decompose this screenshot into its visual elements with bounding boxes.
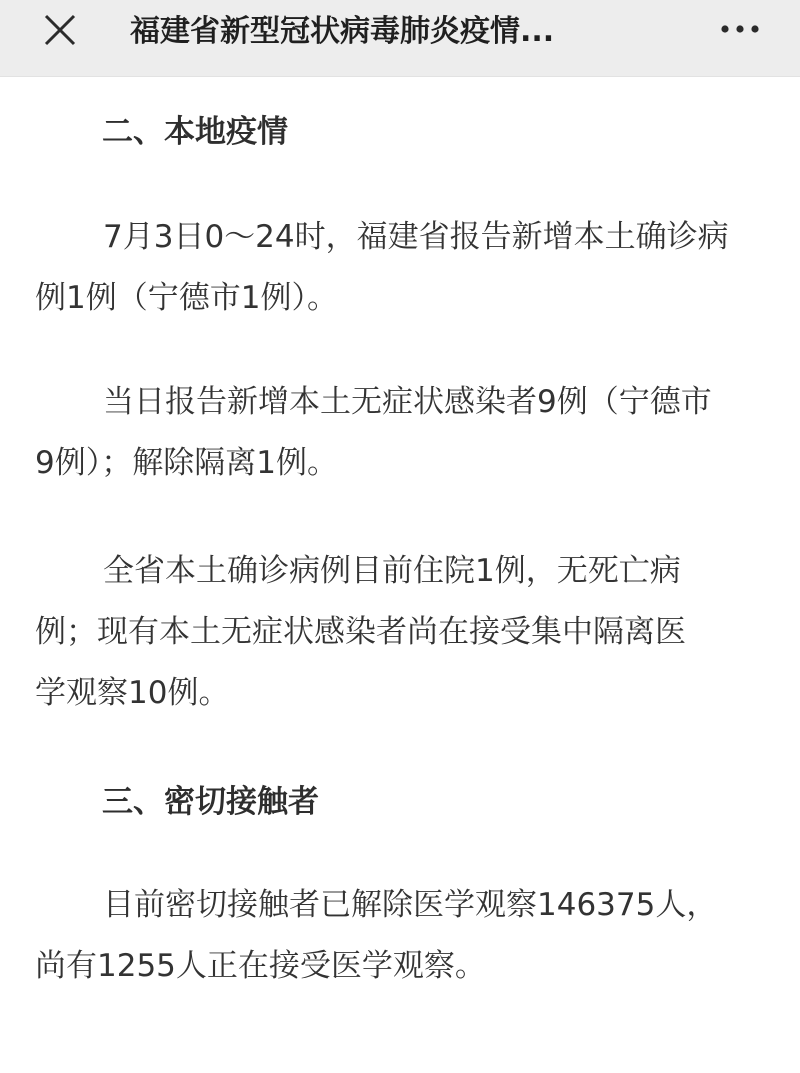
paragraph-close-contacts: 目前密切接触者已解除医学观察146375人， 尚有1255人正在接受医学观察。 <box>35 875 775 997</box>
paragraph-line: 学观察10例。 <box>35 663 775 724</box>
section-heading-close-contacts: 三、密切接触者 <box>102 782 319 822</box>
paragraph-line: 例；现有本土无症状感染者尚在接受集中隔离医 <box>35 602 775 663</box>
paragraph-hospitalized: 全省本土确诊病例目前住院1例，无死亡病 例；现有本土无症状感染者尚在接受集中隔离… <box>35 541 775 724</box>
paragraph-line: 7月3日0～24时，福建省报告新增本土确诊病 <box>35 207 775 268</box>
close-button[interactable] <box>38 10 82 54</box>
more-icon <box>712 14 768 44</box>
paragraph-line: 全省本土确诊病例目前住院1例，无死亡病 <box>35 541 775 602</box>
more-options-button[interactable] <box>712 14 768 44</box>
paragraph-line: 例1例（宁德市1例）。 <box>35 268 775 329</box>
paragraph-line: 目前密切接触者已解除医学观察146375人， <box>35 875 775 936</box>
top-navigation-bar: 福建省新型冠状病毒肺炎疫情... <box>0 0 800 77</box>
paragraph-new-confirmed: 7月3日0～24时，福建省报告新增本土确诊病 例1例（宁德市1例）。 <box>35 207 775 329</box>
paragraph-line: 9例）；解除隔离1例。 <box>35 433 775 494</box>
section-heading-local-epidemic: 二、本地疫情 <box>102 112 288 152</box>
close-icon <box>38 10 82 54</box>
paragraph-line: 尚有1255人正在接受医学观察。 <box>35 936 775 997</box>
page-title: 福建省新型冠状病毒肺炎疫情... <box>130 10 670 54</box>
paragraph-asymptomatic: 当日报告新增本土无症状感染者9例（宁德市 9例）；解除隔离1例。 <box>35 372 775 494</box>
paragraph-line: 当日报告新增本土无症状感染者9例（宁德市 <box>35 372 775 433</box>
